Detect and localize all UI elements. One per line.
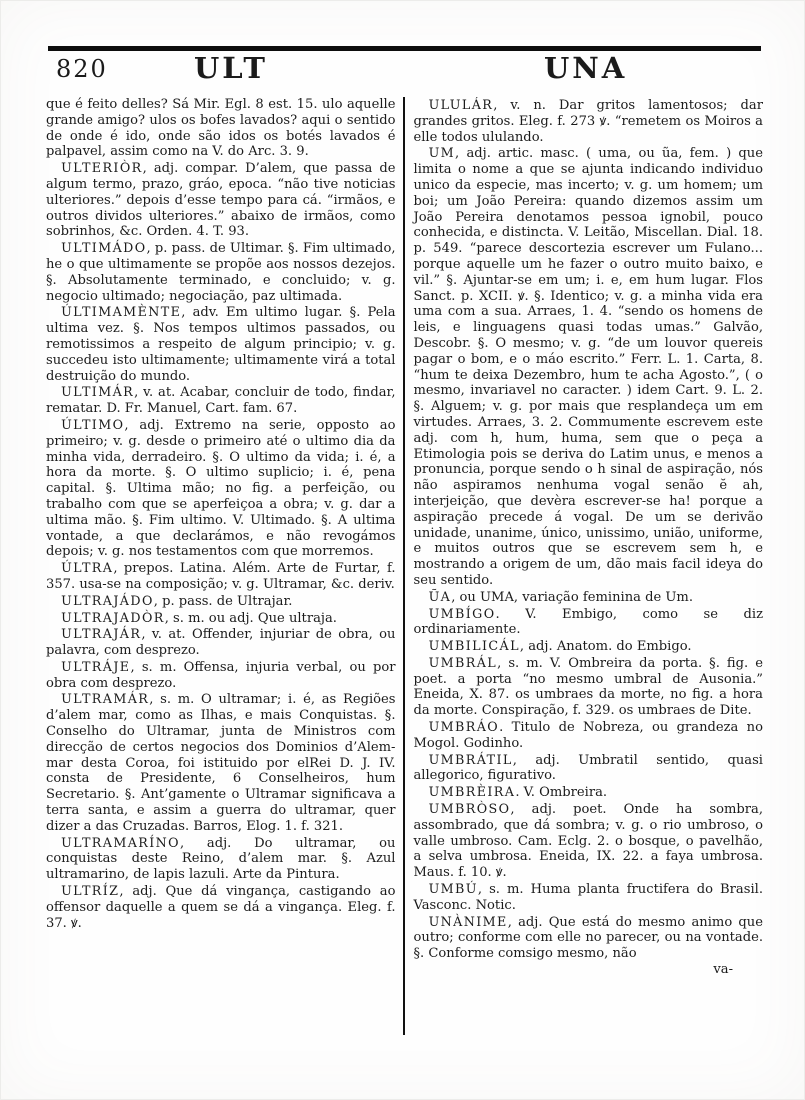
dictionary-entry: UMBÚ, s. m. Huma planta fructifera do Br… <box>414 881 764 914</box>
entry-headword: ULTIMÁR <box>61 384 134 399</box>
dictionary-entry: ULTERIÒR, adj. compar. D’alem, que passa… <box>46 160 396 240</box>
entry-headword: ULTRÍZ <box>61 883 119 898</box>
guide-word-right: UNA <box>544 51 627 85</box>
dictionary-page: 820 ULT UNA que é feito delles? Sá Mir. … <box>0 0 805 1100</box>
left-column: que é feito delles? Sá Mir. Egl. 8 est. … <box>46 97 403 1035</box>
dictionary-entry: ÚLTIMO, adj. Extremo na serie, opposto a… <box>46 417 396 560</box>
entry-headword: UMBÍGO <box>429 606 496 621</box>
entry-headword: ULTRAJÁDO <box>61 593 154 608</box>
entry-headword: ULTRAJÁR <box>61 626 141 641</box>
dictionary-entry: ÚLTRA, prepos. Latina. Além. Arte de Fur… <box>46 560 396 593</box>
dictionary-entry: ULTRAJADÒR, s. m. ou adj. Que ultraja. <box>46 610 396 627</box>
entry-headword: UM <box>429 145 455 160</box>
dictionary-entry: UMBRÁTIL, adj. Umbratil sentido, quasi a… <box>414 752 764 785</box>
dictionary-entry: ŨA, ou UMA, variação feminina de Um. <box>414 589 764 606</box>
entry-headword: ULTRÁJE <box>61 659 130 674</box>
entry-headword: UNÀNIME <box>429 914 508 929</box>
entry-headword: UMBRÁTIL <box>429 752 513 767</box>
page-header: 820 ULT UNA <box>46 51 763 93</box>
dictionary-entry: UMBRÈIRA. V. Ombreira. <box>414 784 764 801</box>
dictionary-entry: UMBÍGO. V. Embigo, como se diz ordinaria… <box>414 606 764 639</box>
entry-headword: ULTERIÒR <box>61 160 143 175</box>
dictionary-entry: ÚLTIMAMÈNTE, adv. Em ultimo lugar. §. Pe… <box>46 304 396 384</box>
entry-headword: ULTRAMARÍNO <box>61 835 180 850</box>
dictionary-entry: que é feito delles? Sá Mir. Egl. 8 est. … <box>46 97 396 160</box>
dictionary-entry: ULULÁR, v. n. Dar gritos lamentosos; dar… <box>414 97 764 145</box>
entry-headword: UMBRÁL <box>429 655 498 670</box>
right-column: ULULÁR, v. n. Dar gritos lamentosos; dar… <box>405 97 764 1035</box>
guide-word-left: ULT <box>194 51 268 85</box>
dictionary-entry: ULTRÍZ, adj. Que dá vingança, castigando… <box>46 883 396 931</box>
dictionary-entry: UNÀNIME, adj. Que está do mesmo animo qu… <box>414 914 764 962</box>
dictionary-entry: ULTRAMÁR, s. m. O ultramar; i. é, as Reg… <box>46 691 396 834</box>
dictionary-entry: ULTIMÁDO, p. pass. de Ultimar. §. Fim ul… <box>46 240 396 304</box>
entry-headword: ÚLTIMO <box>61 417 124 432</box>
page-number: 820 <box>56 55 108 83</box>
entry-headword: ÚLTRA <box>61 560 113 575</box>
dictionary-entry: UMBRÁL, s. m. V. Ombreira da porta. §. f… <box>414 655 764 719</box>
dictionary-entry: ULTRAMARÍNO, adj. Do ultramar, ou conqui… <box>46 835 396 883</box>
entry-headword: ULTIMÁDO <box>61 240 146 255</box>
entry-headword: UMBILICÁL <box>429 638 520 653</box>
entry-headword: UMBRÈIRA <box>429 784 516 799</box>
entry-headword: ŨA <box>429 589 452 604</box>
dictionary-entry: UM, adj. artic. masc. ( uma, ou ũa, fem.… <box>414 145 764 588</box>
dictionary-entry: ULTRAJÁDO, p. pass. de Ultrajar. <box>46 593 396 610</box>
entry-headword: ÚLTIMAMÈNTE <box>61 304 181 319</box>
entry-headword: ULTRAMÁR <box>61 691 149 706</box>
text-columns: que é feito delles? Sá Mir. Egl. 8 est. … <box>46 97 763 1035</box>
dictionary-entry: ULTIMÁR, v. at. Acabar, concluir de todo… <box>46 384 396 417</box>
entry-headword: UMBÚ <box>429 881 478 896</box>
entry-headword: ULULÁR <box>429 97 494 112</box>
dictionary-entry: ULTRAJÁR, v. at. Offender, injuriar de o… <box>46 626 396 659</box>
catchword: va- <box>414 962 764 978</box>
entry-headword: UMBRÁO <box>429 719 500 734</box>
dictionary-entry: UMBRÁO. Titulo de Nobreza, ou grandeza n… <box>414 719 764 752</box>
dictionary-entry: UMBILICÁL, adj. Anatom. do Embigo. <box>414 638 764 655</box>
entry-headword: ULTRAJADÒR <box>61 610 165 625</box>
entry-headword: UMBRÒSO <box>429 801 511 816</box>
dictionary-entry: ULTRÁJE, s. m. Offensa, injuria verbal, … <box>46 659 396 692</box>
dictionary-entry: UMBRÒSO, adj. poet. Onde ha sombra, asso… <box>414 801 764 881</box>
